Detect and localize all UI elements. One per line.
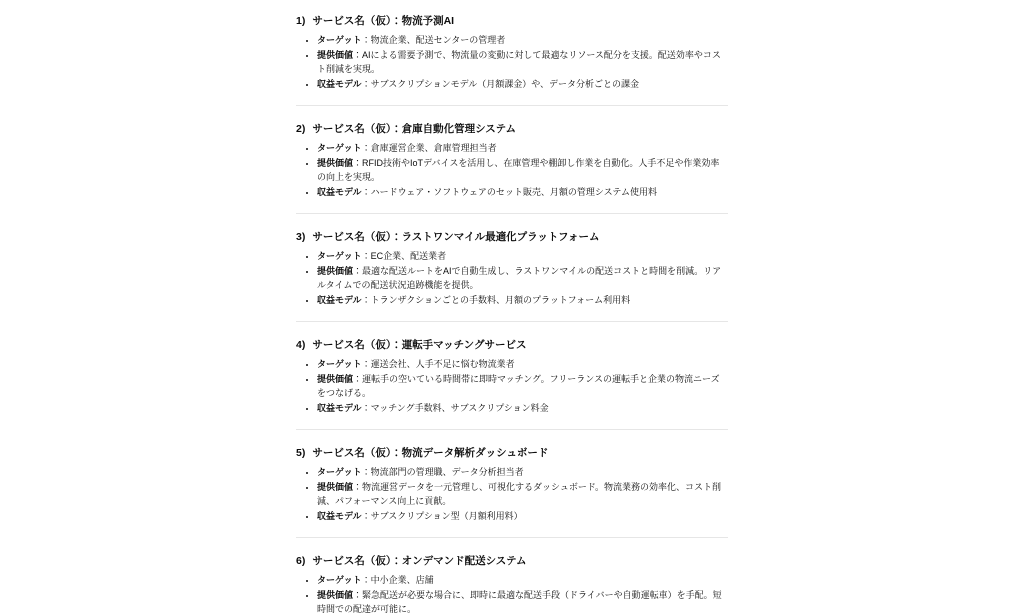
bullet-label: 収益モデル bbox=[317, 511, 362, 521]
bullet-label: 収益モデル bbox=[317, 79, 362, 89]
service-section-4: 4)サービス名（仮）：運転手マッチングサービス ターゲット：運送会社、人手不足に… bbox=[296, 338, 728, 430]
service-title: 5)サービス名（仮）：物流データ解析ダッシュボード bbox=[296, 446, 728, 460]
bullet-value: 提供価値：RFID技術やIoTデバイスを活用し、在庫管理や棚卸し作業を自動化。人… bbox=[317, 156, 728, 185]
bullet-label: 収益モデル bbox=[317, 295, 362, 305]
service-points: ターゲット：倉庫運営企業、倉庫管理担当者 提供価値：RFID技術やIoTデバイス… bbox=[296, 141, 728, 199]
bullet-label: 提供価値 bbox=[317, 590, 353, 600]
service-title-text: サービス名（仮）：ラストワンマイル最適化プラットフォーム bbox=[312, 231, 599, 243]
service-number: 3) bbox=[296, 231, 305, 243]
service-points: ターゲット：物流企業、配送センターの管理者 提供価値：AIによる需要予測で、物流… bbox=[296, 33, 728, 91]
bullet-label: 提供価値 bbox=[317, 482, 353, 492]
bullet-text: ：運送会社、人手不足に悩む物流業者 bbox=[362, 359, 515, 369]
service-title: 2)サービス名（仮）：倉庫自動化管理システム bbox=[296, 122, 728, 136]
bullet-text: ：EC企業、配送業者 bbox=[362, 251, 447, 261]
service-points: ターゲット：中小企業、店舗 提供価値：緊急配送が必要な場合に、即時に最適な配送手… bbox=[296, 573, 728, 616]
section-divider bbox=[296, 105, 728, 106]
section-divider bbox=[296, 537, 728, 538]
service-section-2: 2)サービス名（仮）：倉庫自動化管理システム ターゲット：倉庫運営企業、倉庫管理… bbox=[296, 122, 728, 214]
service-number: 4) bbox=[296, 339, 305, 351]
service-title-text: サービス名（仮）：運転手マッチングサービス bbox=[312, 339, 526, 351]
bullet-text: ：最適な配送ルートをAIで自動生成し、ラストワンマイルの配送コストと時間を削減。… bbox=[317, 266, 721, 291]
bullet-text: ：AIによる需要予測で、物流量の変動に対して最適なリソース配分を支援。配送効率や… bbox=[317, 50, 721, 75]
service-number: 2) bbox=[296, 123, 305, 135]
service-section-6: 6)サービス名（仮）：オンデマンド配送システム ターゲット：中小企業、店舗 提供… bbox=[296, 554, 728, 616]
service-number: 5) bbox=[296, 447, 305, 459]
bullet-label: 収益モデル bbox=[317, 187, 362, 197]
bullet-value: 提供価値：AIによる需要予測で、物流量の変動に対して最適なリソース配分を支援。配… bbox=[317, 48, 728, 77]
section-divider bbox=[296, 429, 728, 430]
bullet-text: ：倉庫運営企業、倉庫管理担当者 bbox=[362, 143, 497, 153]
bullet-label: ターゲット bbox=[317, 467, 362, 477]
bullet-target: ターゲット：物流企業、配送センターの管理者 bbox=[317, 33, 728, 48]
bullet-label: 提供価値 bbox=[317, 266, 353, 276]
service-points: ターゲット：物流部門の管理職、データ分析担当者 提供価値：物流運営データを一元管… bbox=[296, 465, 728, 523]
bullet-label: 提供価値 bbox=[317, 158, 353, 168]
bullet-target: ターゲット：中小企業、店舗 bbox=[317, 573, 728, 588]
bullet-label: 提供価値 bbox=[317, 50, 353, 60]
service-section-1: 1)サービス名（仮）：物流予測AI ターゲット：物流企業、配送センターの管理者 … bbox=[296, 14, 728, 106]
service-number: 6) bbox=[296, 555, 305, 567]
bullet-text: ：物流部門の管理職、データ分析担当者 bbox=[362, 467, 524, 477]
bullet-value: 提供価値：最適な配送ルートをAIで自動生成し、ラストワンマイルの配送コストと時間… bbox=[317, 264, 728, 293]
service-title-text: サービス名（仮）：オンデマンド配送システム bbox=[312, 555, 526, 567]
service-section-3: 3)サービス名（仮）：ラストワンマイル最適化プラットフォーム ターゲット：EC企… bbox=[296, 230, 728, 322]
bullet-text: ：RFID技術やIoTデバイスを活用し、在庫管理や棚卸し作業を自動化。人手不足や… bbox=[317, 158, 719, 183]
bullet-value: 提供価値：運転手の空いている時間帯に即時マッチング。フリーランスの運転手と企業の… bbox=[317, 372, 728, 401]
service-title: 4)サービス名（仮）：運転手マッチングサービス bbox=[296, 338, 728, 352]
service-title-text: サービス名（仮）：倉庫自動化管理システム bbox=[312, 123, 516, 135]
section-divider bbox=[296, 321, 728, 322]
bullet-text: ：トランザクションごとの手数料、月額のプラットフォーム利用料 bbox=[362, 295, 631, 305]
bullet-label: ターゲット bbox=[317, 35, 362, 45]
service-title: 3)サービス名（仮）：ラストワンマイル最適化プラットフォーム bbox=[296, 230, 728, 244]
bullet-label: ターゲット bbox=[317, 143, 362, 153]
bullet-target: ターゲット：物流部門の管理職、データ分析担当者 bbox=[317, 465, 728, 480]
bullet-revenue: 収益モデル：トランザクションごとの手数料、月額のプラットフォーム利用料 bbox=[317, 293, 728, 308]
service-points: ターゲット：EC企業、配送業者 提供価値：最適な配送ルートをAIで自動生成し、ラ… bbox=[296, 249, 728, 307]
bullet-revenue: 収益モデル：マッチング手数料、サブスクリプション料金 bbox=[317, 401, 728, 416]
service-number: 1) bbox=[296, 15, 305, 27]
bullet-target: ターゲット：倉庫運営企業、倉庫管理担当者 bbox=[317, 141, 728, 156]
bullet-text: ：中小企業、店舗 bbox=[362, 575, 434, 585]
bullet-value: 提供価値：物流運営データを一元管理し、可視化するダッシュボード。物流業務の効率化… bbox=[317, 480, 728, 509]
bullet-label: ターゲット bbox=[317, 575, 362, 585]
bullet-text: ：マッチング手数料、サブスクリプション料金 bbox=[362, 403, 549, 413]
bullet-text: ：緊急配送が必要な場合に、即時に最適な配送手段（ドライバーや自動運転車）を手配。… bbox=[317, 590, 722, 615]
bullet-text: ：物流運営データを一元管理し、可視化するダッシュボード。物流業務の効率化、コスト… bbox=[317, 482, 721, 507]
bullet-text: ：運転手の空いている時間帯に即時マッチング。フリーランスの運転手と企業の物流ニー… bbox=[317, 374, 720, 399]
bullet-text: ：サブスクリプションモデル（月額課金）や、データ分析ごとの課金 bbox=[362, 79, 639, 89]
bullet-text: ：物流企業、配送センターの管理者 bbox=[362, 35, 506, 45]
bullet-text: ：サブスクリプション型（月額利用料） bbox=[362, 511, 523, 521]
service-points: ターゲット：運送会社、人手不足に悩む物流業者 提供価値：運転手の空いている時間帯… bbox=[296, 357, 728, 415]
bullet-target: ターゲット：運送会社、人手不足に悩む物流業者 bbox=[317, 357, 728, 372]
bullet-text: ：ハードウェア・ソフトウェアのセット販売、月額の管理システム使用料 bbox=[362, 187, 657, 197]
section-divider bbox=[296, 213, 728, 214]
service-title: 6)サービス名（仮）：オンデマンド配送システム bbox=[296, 554, 728, 568]
bullet-target: ターゲット：EC企業、配送業者 bbox=[317, 249, 728, 264]
document-content: 1)サービス名（仮）：物流予測AI ターゲット：物流企業、配送センターの管理者 … bbox=[296, 0, 728, 616]
bullet-label: ターゲット bbox=[317, 359, 362, 369]
service-title-text: サービス名（仮）：物流データ解析ダッシュボード bbox=[312, 447, 548, 459]
service-section-5: 5)サービス名（仮）：物流データ解析ダッシュボード ターゲット：物流部門の管理職… bbox=[296, 446, 728, 538]
bullet-revenue: 収益モデル：ハードウェア・ソフトウェアのセット販売、月額の管理システム使用料 bbox=[317, 185, 728, 200]
bullet-value: 提供価値：緊急配送が必要な場合に、即時に最適な配送手段（ドライバーや自動運転車）… bbox=[317, 588, 728, 616]
service-title-text: サービス名（仮）：物流予測AI bbox=[312, 15, 454, 27]
bullet-revenue: 収益モデル：サブスクリプションモデル（月額課金）や、データ分析ごとの課金 bbox=[317, 77, 728, 92]
bullet-label: ターゲット bbox=[317, 251, 362, 261]
service-title: 1)サービス名（仮）：物流予測AI bbox=[296, 14, 728, 28]
bullet-label: 収益モデル bbox=[317, 403, 362, 413]
bullet-revenue: 収益モデル：サブスクリプション型（月額利用料） bbox=[317, 509, 728, 524]
bullet-label: 提供価値 bbox=[317, 374, 353, 384]
